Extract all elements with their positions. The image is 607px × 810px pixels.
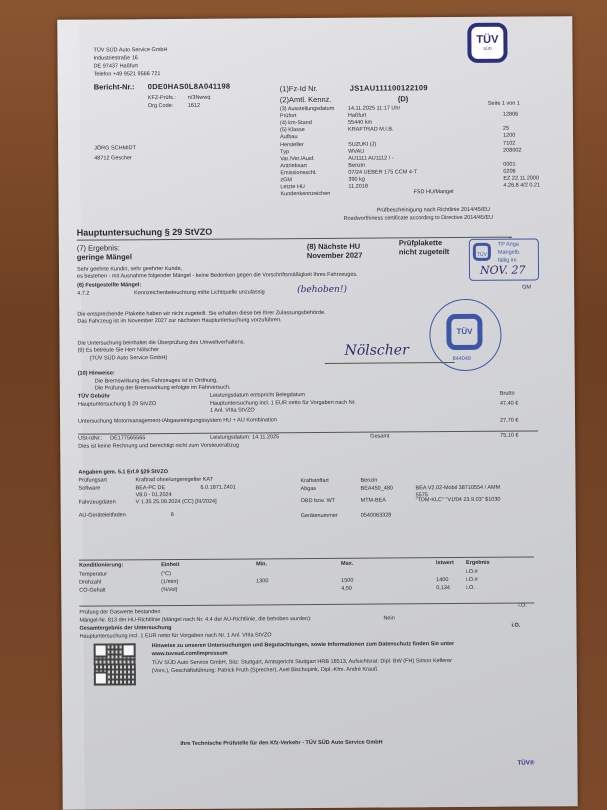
defect-code: 4.7.2 <box>77 291 89 297</box>
vehicle-field-label: Antriebsart <box>280 163 307 169</box>
vehicle-field-value: 07/24 UEBER 175 CCM 4-T <box>348 169 417 175</box>
defects-label: (6) Festgestellte Mängel: <box>77 282 141 288</box>
fee-disclaimer: Dies ist keine Rechnung und berechtigt n… <box>78 443 239 450</box>
au-field-extra: "TDM-KLC" "V1f04 23.9.03" $1030 <box>416 497 511 505</box>
vehicle-field-code: 0001 <box>503 161 515 167</box>
vehicle-field-label: Emissionsschl. <box>280 170 316 176</box>
overall-result: i.O. <box>511 623 520 629</box>
column-header: Ergebnis <box>466 560 490 566</box>
fee-item-desc: Hauptuntersuchung incl. 1 EUR netto für … <box>210 400 360 415</box>
plakette-line1: Prüfplakette <box>399 238 442 247</box>
vehicle-field-value: 55440 km <box>348 120 372 126</box>
au-field-value: MTM-BEA <box>361 498 386 504</box>
vehicle-field-label: Typ <box>280 149 289 155</box>
vehicle-field-code: 1200 <box>503 133 515 139</box>
vehicle-field-value: Benzin <box>348 162 365 168</box>
gas-passed: Prüfung der Gaswerte bestanden <box>79 609 160 616</box>
intro-line: es bestehen - mit Ausnahme folgender Män… <box>77 272 358 280</box>
fees-date-note: Leistungsdatum entspricht Belegdatum <box>210 392 305 399</box>
fee-item-name: Untersuchung Motormanagement-/Abgasreini… <box>78 417 278 425</box>
vehicle-field-value: AU1111 AU1112 / - <box>348 155 393 161</box>
result-value: geringe Mängel <box>77 252 132 261</box>
next-hu-value: November 2027 <box>307 251 363 260</box>
vehicle-field-code: 12806 <box>503 112 518 118</box>
vehicle-field-label: Var./Ver./Ausf. <box>280 156 314 162</box>
directive-de: Prüfbescheinigung nach Richtlinie 2014/4… <box>377 207 490 214</box>
au-field-value: BEA-PC DE V8.0 - 01.2024 <box>136 485 176 499</box>
stamp-tuv-icon: TÜV <box>473 243 491 261</box>
vehicle-field-label: Prüfort <box>280 113 297 119</box>
fzid-label: (1)Fz-Id Nr. <box>280 84 318 93</box>
fsd-label: FSD HU/Mangel <box>413 189 453 195</box>
au-field-value: BEA450_480 <box>361 485 393 491</box>
au-field-label: Software <box>79 486 101 492</box>
vehicle-field-label: (4) km-Stand <box>280 120 312 126</box>
org-value: 1612 <box>188 103 200 109</box>
table-cell: (1/min) <box>161 579 178 585</box>
vehicle-field-label: Kundenkennzeichen <box>280 191 330 197</box>
au-field-label: AU-Geräteleitfaden <box>79 512 126 518</box>
handwritten-date: NOV. 27 <box>480 264 526 277</box>
gm-label: GM <box>522 285 531 291</box>
served-by: (9) Es betreute Sie Herr Nölscher <box>78 347 159 354</box>
page-indicator: Seite 1 von 1 <box>488 101 520 107</box>
customer-city: 48712 Gescher <box>94 155 132 161</box>
tagline: Ihre Technische Prüfstelle für den Kfz-V… <box>180 740 382 747</box>
org-label: Org Code: <box>148 103 173 109</box>
vehicle-field-value: Haßfurt <box>348 113 366 119</box>
au-field-extra: 6.0.1871.2401 <box>200 485 235 491</box>
table-cell: i.O.# <box>466 577 478 583</box>
vehicle-field-label: Letzte HU <box>280 184 305 190</box>
au-field-value: Kraftrad ohne/ungeregelter KAT <box>135 477 213 484</box>
vehicle-field-value: 390 kg <box>348 177 365 183</box>
official-round-stamp: TÜV 844040 <box>429 299 502 372</box>
fee-item-name: Hauptuntersuchung § 29 StVZO <box>78 401 156 408</box>
plakette-line2: nicht zugeteilt <box>399 247 449 256</box>
env-note: Die Untersuchung beinhaltet die Überprüf… <box>77 340 245 347</box>
au-field-label: OBD bzw. WT <box>301 498 336 504</box>
brand-mark: TÜV® <box>517 759 534 766</box>
signature-line <box>325 362 455 364</box>
vehicle-field-value: 11.2018 <box>348 184 368 190</box>
vehicle-field-label: (5) Klasse <box>280 127 305 133</box>
au-field-label: Gerätenummer <box>301 513 338 519</box>
au-field-value: V 1.35 25.09.2024 (CC) [III/2024] <box>136 499 217 506</box>
service-date: Leistungsdatum: 14.11.2025 <box>210 434 279 440</box>
hinweise-label: (10) Hinweise: <box>78 370 115 376</box>
defect-text: Kennzeichenbeleuchtung mitte Lichtquelle… <box>134 289 265 296</box>
intro-line: Sehr geehrte Kundin, sehr geehrter Kunde… <box>77 266 182 273</box>
result-label: (7) Ergebnis: <box>77 243 120 252</box>
hu-title: Hauptuntersuchung § 29 StVZO <box>77 227 213 238</box>
vehicle-field-code: 7102 <box>503 140 515 146</box>
au-field-label: Prüfungsart <box>78 477 106 483</box>
qr-code[interactable] <box>94 643 136 685</box>
inspection-report-document: TÜV SÜD Auto Service GmbH Industriestraß… <box>57 16 578 810</box>
table-cell: Drehzahl <box>79 580 101 586</box>
ust-label: USt-IdNr.: <box>78 436 102 442</box>
au-field-label: Abgas <box>301 486 317 492</box>
tuv-logo: TÜV SÜD <box>467 23 507 63</box>
report-number-label: Bericht-Nr.: <box>94 82 135 91</box>
total-label: Gesamt <box>370 433 389 439</box>
company-line: Telefon +49 9521 9566 721 <box>94 71 161 77</box>
divider <box>79 602 534 606</box>
vehicle-field-value: SUZUKI (J) <box>348 141 376 147</box>
table-cell: Temperatur <box>79 571 107 577</box>
column-header: Max. <box>341 561 353 567</box>
customer-name: JÖRG SCHMIDT <box>94 145 136 151</box>
defect-handwritten-note: (behoben!) <box>297 285 347 295</box>
fee-item-amount: 47,40 € <box>500 401 518 407</box>
vehicle-field-label: Hersteller <box>280 142 304 148</box>
vehicle-field-value: WVAU <box>348 148 364 154</box>
overall-note: Hauptuntersuchung incl. 1 EUR netto für … <box>80 632 272 639</box>
legal-line: (Vors.), Geschäftsführung: Patrick Fruth… <box>152 667 378 675</box>
table-cell: i.O. <box>466 585 475 591</box>
signature: Nölscher <box>345 342 409 358</box>
table-cell: (%Vol) <box>161 587 177 593</box>
fee-item-amount: 27,70 € <box>500 418 518 424</box>
au-field-value: 0540063328 <box>361 512 392 518</box>
vehicle-field-code: 25 <box>503 126 509 132</box>
table-cell: 1500 <box>341 578 353 584</box>
privacy-note: Hinweise zu unseren Untersuchungen und B… <box>152 641 455 649</box>
vehicle-field-label: (3) Ausstellungsdatum <box>280 106 334 112</box>
ust-value: DE177565565 <box>110 435 145 441</box>
company-line: DE 97437 Haßfurt <box>94 63 138 69</box>
au-field-value: 6 <box>171 512 174 518</box>
kfz-value: n/3Nwwq <box>188 95 211 101</box>
vehicle-field-label: Aufbau <box>280 135 297 141</box>
column-header: Min. <box>256 561 267 567</box>
report-number: 0DE0HAS0L8A041198 <box>148 82 231 92</box>
vehicle-field-code: 0206 <box>503 169 515 175</box>
vehicle-field-value: KRAFTRAD M.I.B. <box>348 127 394 133</box>
vehicle-field-value: 14.11.2025 11:17 Uhr <box>348 105 400 111</box>
hinweis-item: Die Bremswirkung des Fahrzeuges ist in O… <box>95 378 218 385</box>
paper-edge <box>57 20 85 810</box>
column-header: Konditionierung: <box>79 562 123 568</box>
note-line: Das Fahrzeug ist im November 2027 zur nä… <box>77 317 281 324</box>
defect-answer: Nein <box>383 615 394 621</box>
table-cell: 1400 <box>436 577 448 583</box>
vehicle-field-label: zGM <box>280 177 292 183</box>
note-line: Die entsprechende Plakette haben wir nic… <box>77 310 325 318</box>
vehicle-field-code: 4.26.8 4/2 0.21 <box>503 183 540 189</box>
brutto-label: Brutto <box>500 391 515 397</box>
hu-due-stamp: TÜV TP Anga Mängelb. fällig im NOV. 27 <box>469 238 539 280</box>
company-line: Industriestraße 16 <box>93 55 137 61</box>
directive-en: Roadworthiness certificate according to … <box>344 215 494 222</box>
column-header: Istwert <box>436 560 454 566</box>
divider <box>78 430 538 434</box>
table-cell: i.O.# <box>466 569 478 575</box>
gas-result: i.O. <box>518 603 527 609</box>
stamp-tuv-icon: TÜV <box>446 314 482 350</box>
next-hu-label: (8) Nächste HU <box>307 242 360 251</box>
fzid-value: JS1AU111100122109 <box>350 83 428 93</box>
vehicle-field-code: EZ 22.11.2000 <box>503 175 539 181</box>
table-cell: CO-Gehalt <box>79 587 105 593</box>
table-cell: (°C) <box>161 571 171 577</box>
served-org: (TÜV SÜD Auto Service GmbH) <box>90 355 168 362</box>
kennz-value: (D) <box>398 94 408 103</box>
vehicle-field-code: 208002 <box>503 147 521 153</box>
hinweis-item: Die Prüfung der Bremswirkung erfolgte im… <box>95 385 231 392</box>
overall-label: Gesamtergebnis der Untersuchung <box>79 625 171 632</box>
legal-line: TÜV SÜD Auto Service GmbH, Sitz: Stuttga… <box>152 658 452 666</box>
company-line: TÜV SÜD Auto Service GmbH <box>93 47 167 54</box>
divider <box>77 237 512 241</box>
fees-title: TÜV Gebühr <box>78 393 110 399</box>
au-field-label: Kraftstoffart <box>300 478 328 484</box>
impressum-link[interactable]: www.tuvsud.com/impressum <box>152 651 228 658</box>
total-value: 75,10 € <box>500 433 518 439</box>
defect-note: Mängel-Nr. 813 der HU-Richtlinie (Mängel… <box>79 616 311 624</box>
table-cell: 0,134 <box>436 585 450 591</box>
kennz-label: (2)Amtl. Kennz. <box>280 95 332 104</box>
au-field-value: Benzin <box>360 478 377 484</box>
table-cell: 4,50 <box>341 586 352 592</box>
column-header: Einheit <box>161 562 179 568</box>
kfz-label: KFZ-Prüfs.: <box>148 95 176 101</box>
au-field-label: Fahrzeugdaten <box>79 499 116 505</box>
au-title: Angaben gem. 5.1 Erl.9 §29 StVZO <box>78 469 168 476</box>
table-cell: 1300 <box>256 578 268 584</box>
